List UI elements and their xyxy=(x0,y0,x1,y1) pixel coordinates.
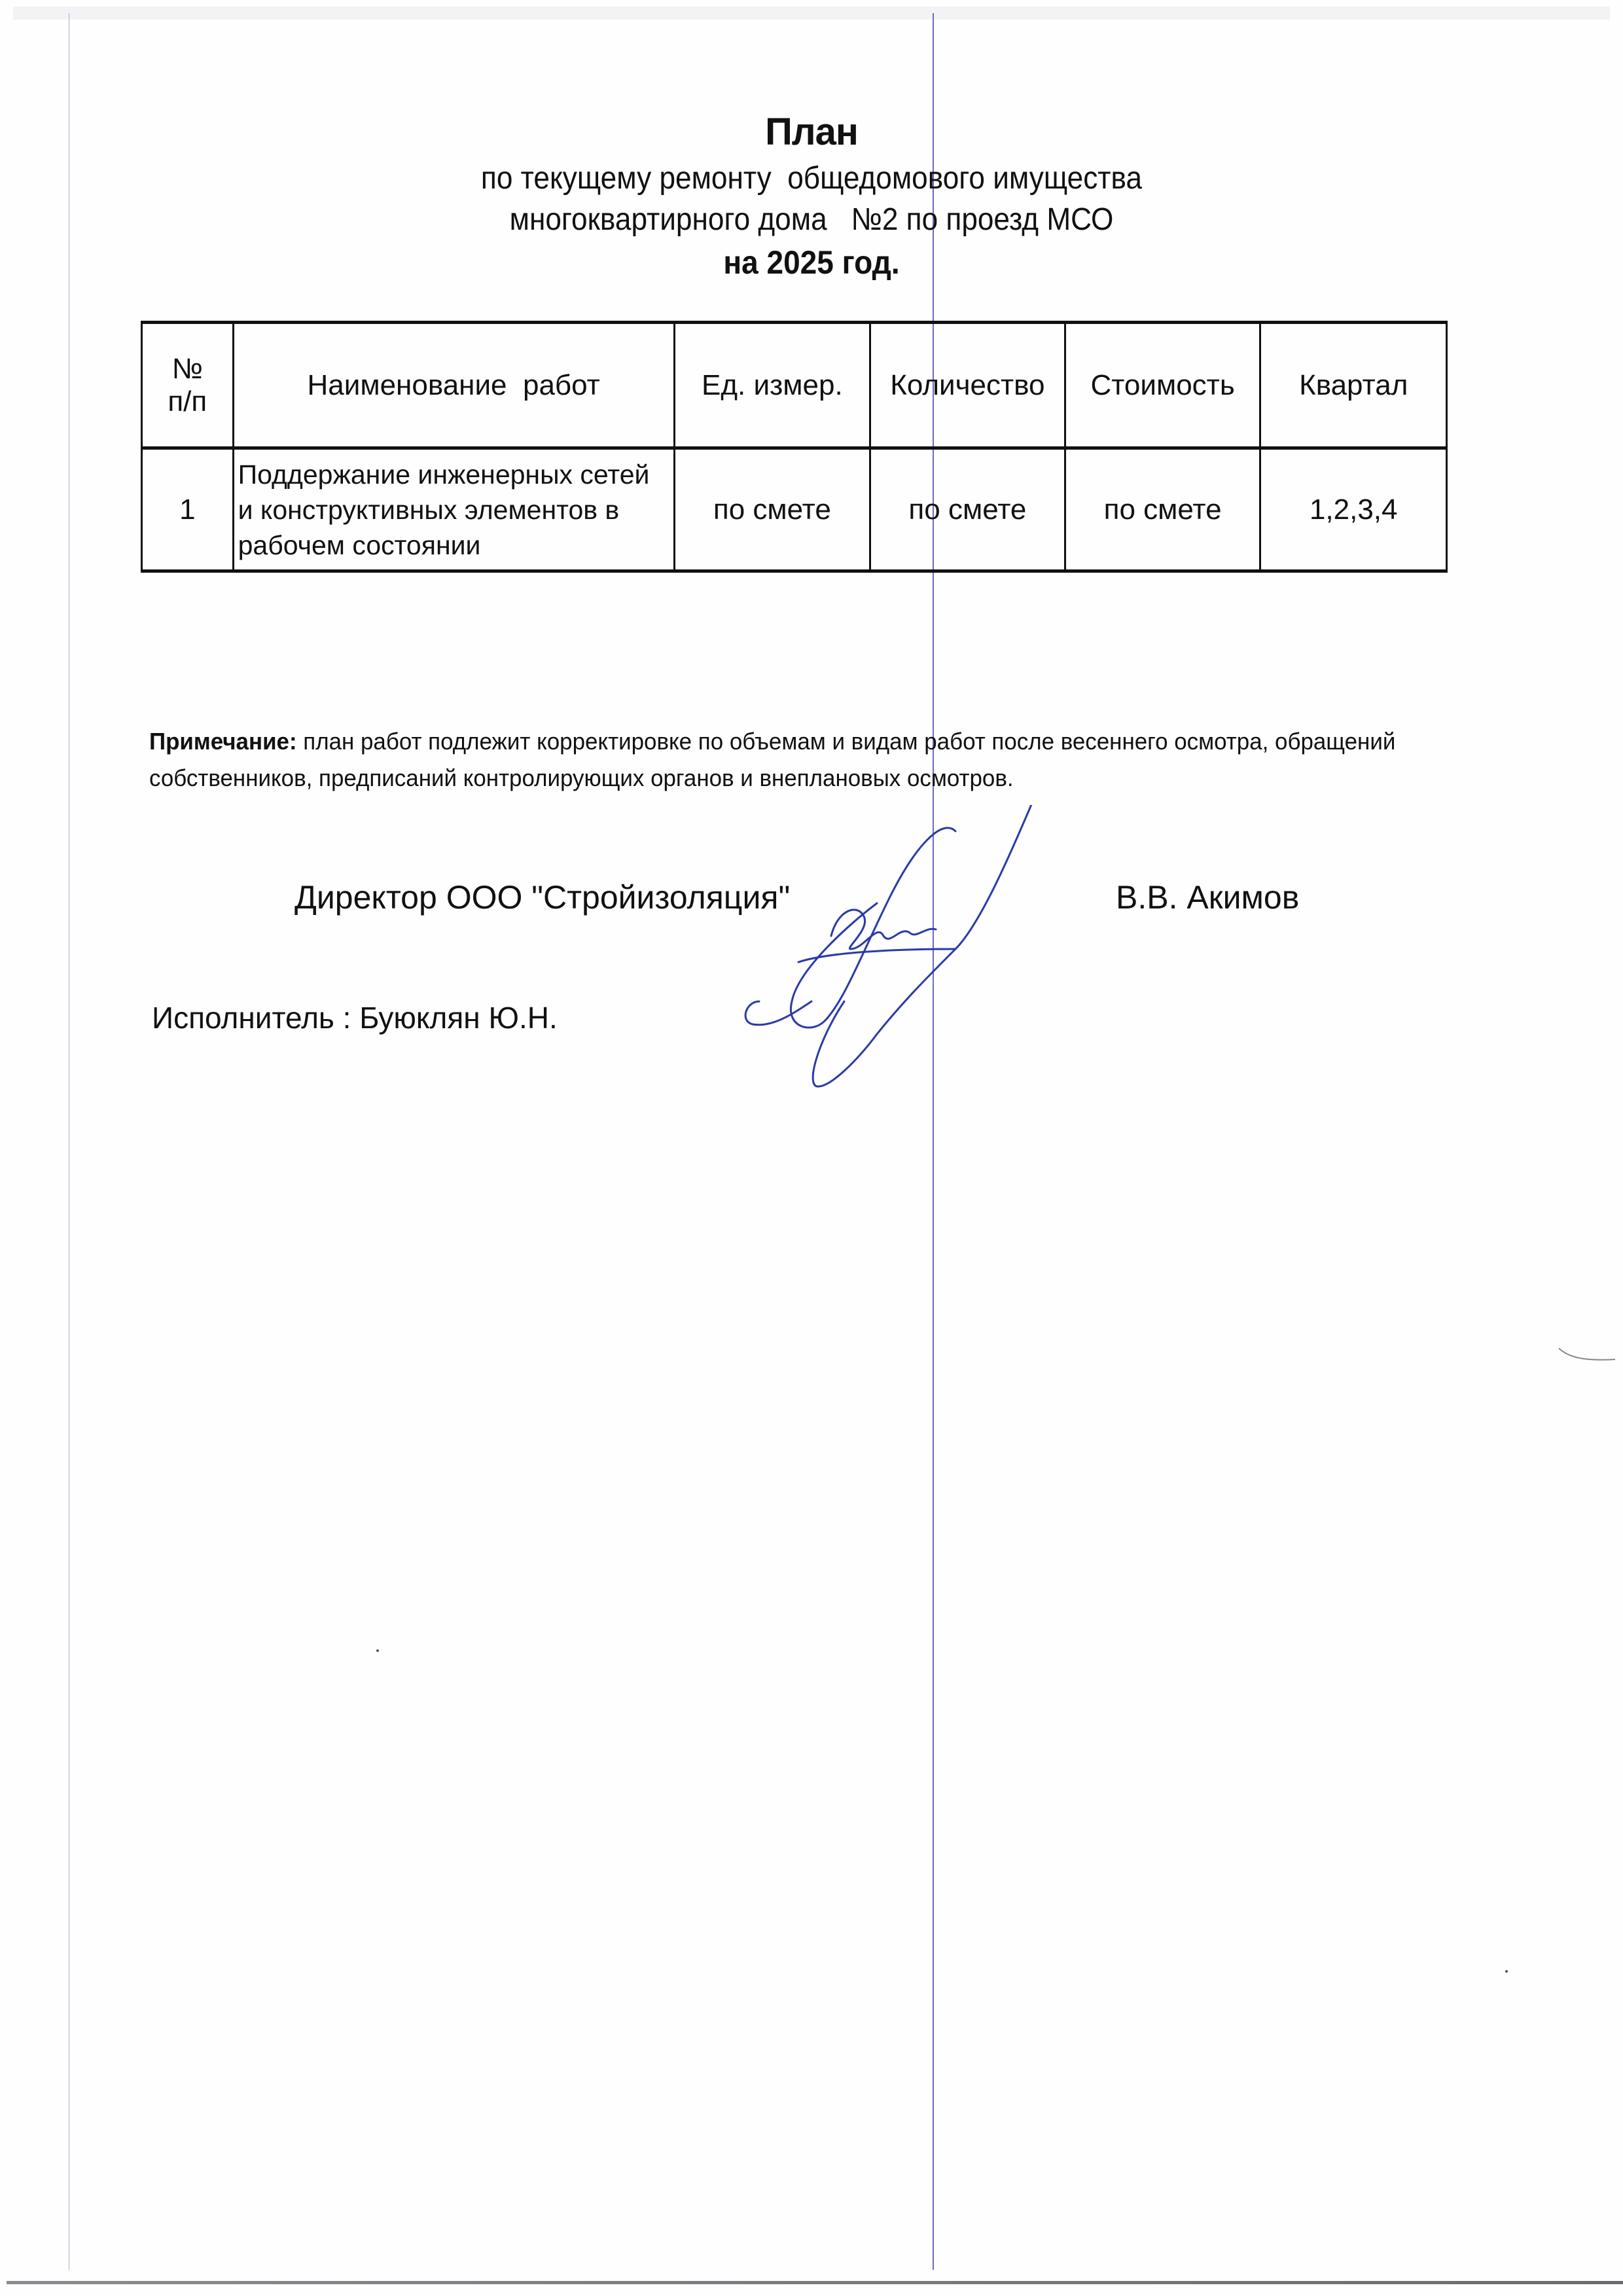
cell-quarter: 1,2,3,4 xyxy=(1260,448,1447,571)
director-name: В.В. Акимов xyxy=(1116,878,1299,916)
page-bottom-edge xyxy=(7,2281,1623,2284)
work-plan-table: № п/п Наименование работ Ед. измер. Коли… xyxy=(141,321,1448,573)
table-row: 1 Поддержание инженерных сетей и констру… xyxy=(142,448,1447,571)
column-header-number: № п/п xyxy=(142,323,234,448)
document-subtitle-line-1: по текущему ремонту общедомового имущест… xyxy=(65,160,1558,196)
cell-work-name: Поддержание инженерных сетей и конструкт… xyxy=(233,448,674,571)
scan-pencil-mark xyxy=(1558,1345,1616,1365)
note-text: план работ подлежит корректировке по объ… xyxy=(149,728,1395,791)
handwritten-signature xyxy=(668,805,1126,1100)
scan-artifact-line-left xyxy=(69,13,69,2270)
note-paragraph: Примечание: план работ подлежит корректи… xyxy=(149,723,1419,797)
document-subtitle-line-2: многоквартирного дома №2 по проезд МСО xyxy=(65,202,1558,238)
column-header-number-line1: № xyxy=(143,353,232,386)
cell-quantity: по смете xyxy=(870,448,1065,571)
table-header-row: № п/п Наименование работ Ед. измер. Коли… xyxy=(142,323,1447,448)
document-year: на 2025 год. xyxy=(65,243,1558,281)
column-header-unit: Ед. измер. xyxy=(674,323,870,448)
scan-dust-dot xyxy=(1505,1970,1508,1973)
scan-top-noise xyxy=(13,7,1610,20)
cell-unit: по смете xyxy=(674,448,870,571)
column-header-name: Наименование работ xyxy=(233,323,674,448)
column-header-quarter: Квартал xyxy=(1260,323,1447,448)
column-header-number-line2: п/п xyxy=(143,386,232,418)
column-header-quantity: Количество xyxy=(870,323,1065,448)
scan-dust-dot xyxy=(376,1649,379,1652)
column-header-cost: Стоимость xyxy=(1065,323,1260,448)
document-title: План xyxy=(0,110,1623,154)
executor-line: Исполнитель : Буюклян Ю.Н. xyxy=(152,1000,558,1035)
note-label: Примечание: xyxy=(149,728,297,755)
cell-number: 1 xyxy=(142,448,234,571)
cell-cost: по смете xyxy=(1065,448,1260,571)
